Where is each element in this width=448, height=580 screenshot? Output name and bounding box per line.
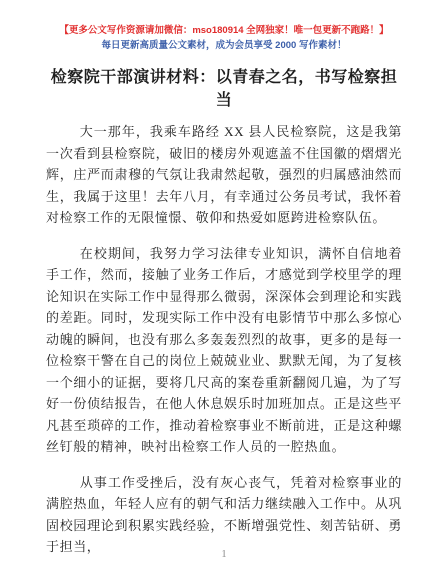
page-number: 1: [0, 549, 448, 560]
document-title: 检察院干部演讲材料：以青春之名，书写检察担当: [48, 66, 400, 112]
watermark-header: 【更多公文写作资源请加微信：mso180914 全网独家！唯一包更新不跑路！】 …: [0, 23, 448, 53]
paragraph-3: 从事工作受挫后，没有灰心丧气，凭着对检察事业的满腔热血，年轻人应有的朝气和活力继…: [46, 472, 402, 558]
watermark-line-red: 【更多公文写作资源请加微信：mso180914 全网独家！唯一包更新不跑路！】: [0, 23, 448, 38]
watermark-line-blue: 每日更新高质量公文素材，成为会员享受 2000 写作素材！: [0, 38, 448, 53]
paragraph-1: 大一那年，我乘车路经 XX 县人民检察院，这是我第一次看到县检察院，破旧的楼房外…: [46, 121, 402, 229]
paragraph-2: 在校期间，我努力学习法律专业知识，满怀自信地着手工作，然而，接触了业务工作后，才…: [46, 243, 402, 458]
document-page: 【更多公文写作资源请加微信：mso180914 全网独家！唯一包更新不跑路！】 …: [0, 0, 448, 580]
document-body: 大一那年，我乘车路经 XX 县人民检察院，这是我第一次看到县检察院，破旧的楼房外…: [46, 121, 402, 558]
